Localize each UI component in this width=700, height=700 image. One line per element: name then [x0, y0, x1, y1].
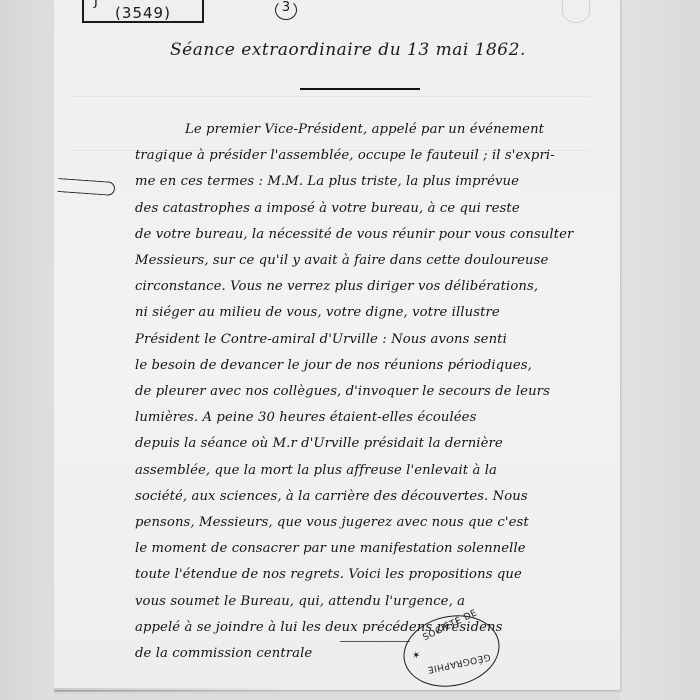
manuscript-line: Président le Contre-amiral d'Urville : N…: [135, 332, 618, 347]
manuscript-line: de votre bureau, la nécessité de vous ré…: [135, 227, 618, 242]
manuscript-line: circonstance. Vous ne verrez plus dirige…: [135, 279, 618, 294]
bleed-through-line: [70, 96, 590, 97]
page-edge-shadow: [54, 688, 304, 692]
stamp-bottom-text: GÉOGRAPHIE: [426, 651, 491, 674]
page-title: Séance extraordinaire du 13 mai 1862.: [170, 40, 526, 60]
manuscript-line: de la commission centrale: [135, 646, 618, 661]
archive-reference-box: J (3549): [82, 0, 204, 23]
manuscript-line: de pleurer avec nos collègues, d'invoque…: [135, 384, 618, 399]
manuscript-line: tragique à présider l'assemblée, occupe …: [135, 148, 618, 163]
pen-stroke: [340, 641, 410, 642]
manuscript-line: ni siéger au milieu de vous, votre digne…: [135, 305, 618, 320]
scanner-background-left: [0, 0, 54, 700]
scanner-background-right: [620, 0, 700, 700]
manuscript-line: Messieurs, sur ce qu'il y avait à faire …: [135, 253, 618, 268]
manuscript-line: depuis la séance où M.r d'Urville présid…: [135, 436, 618, 451]
manuscript-line: lumières. A peine 30 heures étaient-elle…: [135, 410, 618, 425]
manuscript-line: société, aux sciences, à la carrière des…: [135, 489, 618, 504]
manuscript-line: pensons, Messieurs, que vous jugerez ave…: [135, 515, 618, 530]
manuscript-line: appelé à se joindre à lui les deux précé…: [135, 620, 618, 635]
manuscript-line: le besoin de devancer le jour de nos réu…: [135, 358, 618, 373]
manuscript-line: Le premier Vice-Président, appelé par un…: [185, 122, 618, 137]
faint-circle-mark: [562, 0, 590, 23]
star-icon: ✶: [411, 650, 421, 663]
title-underline: [300, 88, 420, 90]
page-number: 3: [275, 0, 297, 20]
manuscript-line: des catastrophes a imposé à votre bureau…: [135, 201, 618, 216]
manuscript-line: me en ces termes : M.M. La plus triste, …: [135, 174, 618, 189]
manuscript-line: le moment de consacrer par une manifesta…: [135, 541, 618, 556]
archive-reference-number: (3549): [84, 4, 202, 22]
manuscript-line: vous soumet le Bureau, qui, attendu l'ur…: [135, 594, 618, 609]
manuscript-line: toute l'étendue de nos regrets. Voici le…: [135, 567, 618, 582]
manuscript-line: assemblée, que la mort la plus affreuse …: [135, 463, 618, 478]
